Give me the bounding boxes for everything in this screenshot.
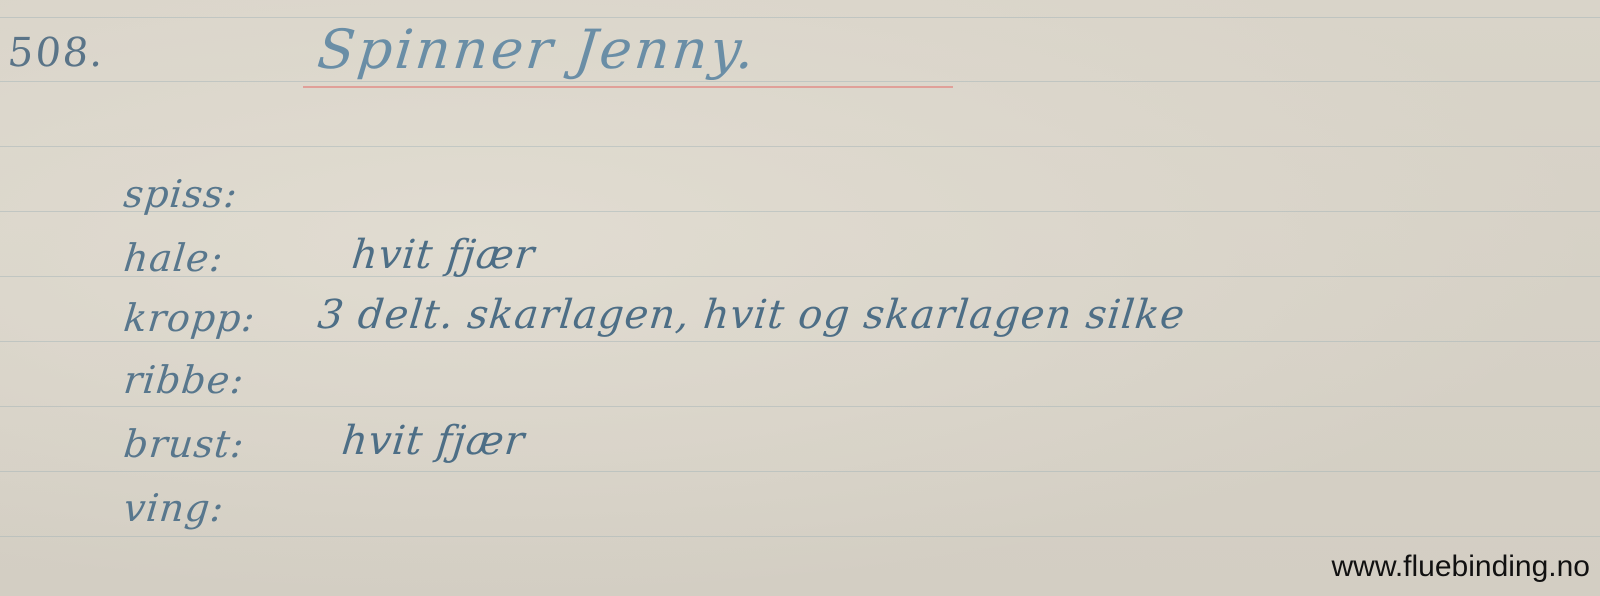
field-value-kropp: 3 delt. skarlagen, hvit og skarlagen sil… xyxy=(316,292,1188,338)
field-label-kropp: kropp: xyxy=(122,296,258,340)
field-label-hale: hale: xyxy=(122,236,226,280)
ruled-line xyxy=(0,17,1600,18)
ruled-line xyxy=(0,471,1600,472)
title-underline xyxy=(303,86,953,88)
entry-title: Spinner Jenny. xyxy=(315,18,761,81)
field-label-brust: brust: xyxy=(122,422,247,466)
ruled-line xyxy=(0,341,1600,342)
ruled-line xyxy=(0,276,1600,277)
field-value-hale: hvit fjær xyxy=(350,232,538,278)
ruled-line xyxy=(0,211,1600,212)
ruled-line xyxy=(0,146,1600,147)
field-value-brust: hvit fjær xyxy=(340,418,528,464)
notebook-page: 508. Spinner Jenny. spiss: hale: hvit fj… xyxy=(0,0,1600,596)
ruled-line xyxy=(0,536,1600,537)
entry-number: 508. xyxy=(6,30,108,76)
field-label-ribbe: ribbe: xyxy=(122,358,247,402)
field-label-ving: ving: xyxy=(122,486,227,530)
watermark-url: www.fluebinding.no xyxy=(1331,550,1590,584)
ruled-line xyxy=(0,406,1600,407)
field-label-spiss: spiss: xyxy=(122,172,240,216)
ruled-line xyxy=(0,81,1600,82)
